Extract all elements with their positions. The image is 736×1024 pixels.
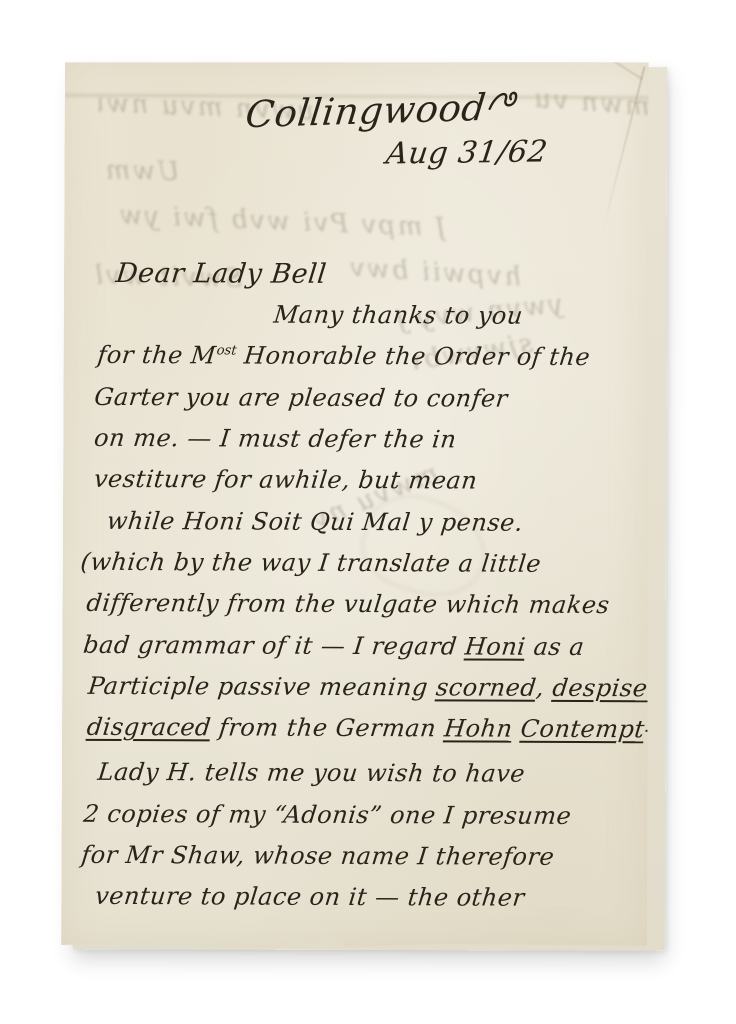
corner-crease-small [591,46,643,80]
paragraph: Lady H. tells me you wish to have2 copie… [89,758,638,913]
letter-salutation: Dear Lady Bell [114,258,328,290]
letter-line: Garter you are pleased to confer [93,382,641,413]
letter-line: while Honi Soit Qui Mal y pense. [105,506,640,537]
letter-line: Participle passive meaning scorned, desp… [87,672,640,703]
letter-line: venture to place on it — the other [94,882,639,913]
letter-body: Many thanks to youfor the Most Honorable… [89,300,640,926]
corner-crease [602,67,646,232]
letter-line: 2 copies of my “Adonis” one I presume [82,800,639,831]
letter-line: bad grammar of it — I regard Honi as a [82,630,640,661]
photograph-background: uwvn mvu nwumv pwmwn vumUwmJ mpv Pvi wvb… [0,0,736,1024]
letter-sheet: uwvn mvu nwumv pwmwn vumUwmJ mpv Pvi wvb… [61,60,651,950]
letter-line: vestiture for awhile, but mean [93,465,641,496]
letter-line: for Mr Shaw, whose name I therefore [80,841,639,872]
letter-line: Lady H. tells me you wish to have [96,758,639,789]
letter-line: on me. — I must defer the in [93,424,641,455]
letter-place: Collingwood [243,79,521,136]
show-through-line: Uwm [84,155,180,193]
letter-line: Many thanks to you [272,301,641,331]
letter-line: (which by the way I translate a little [79,548,640,579]
letter-line: for the Most Honorable the Order of the [96,341,641,372]
paragraph: Many thanks to youfor the Most Honorable… [90,300,640,744]
show-through-line: hvpwii bwv [335,252,522,298]
letter-line: differently from the vulgate which makes [85,589,640,620]
letter-line: disgraced from the German Hohn Contempt-… [85,713,639,744]
show-through-line: J mpv Pvi wvb fwi ywn [116,200,447,249]
letter-place-text: Collingwood [243,86,488,136]
letter-date: Aug 31/62 [384,134,550,171]
pen-flourish-icon [486,79,521,123]
